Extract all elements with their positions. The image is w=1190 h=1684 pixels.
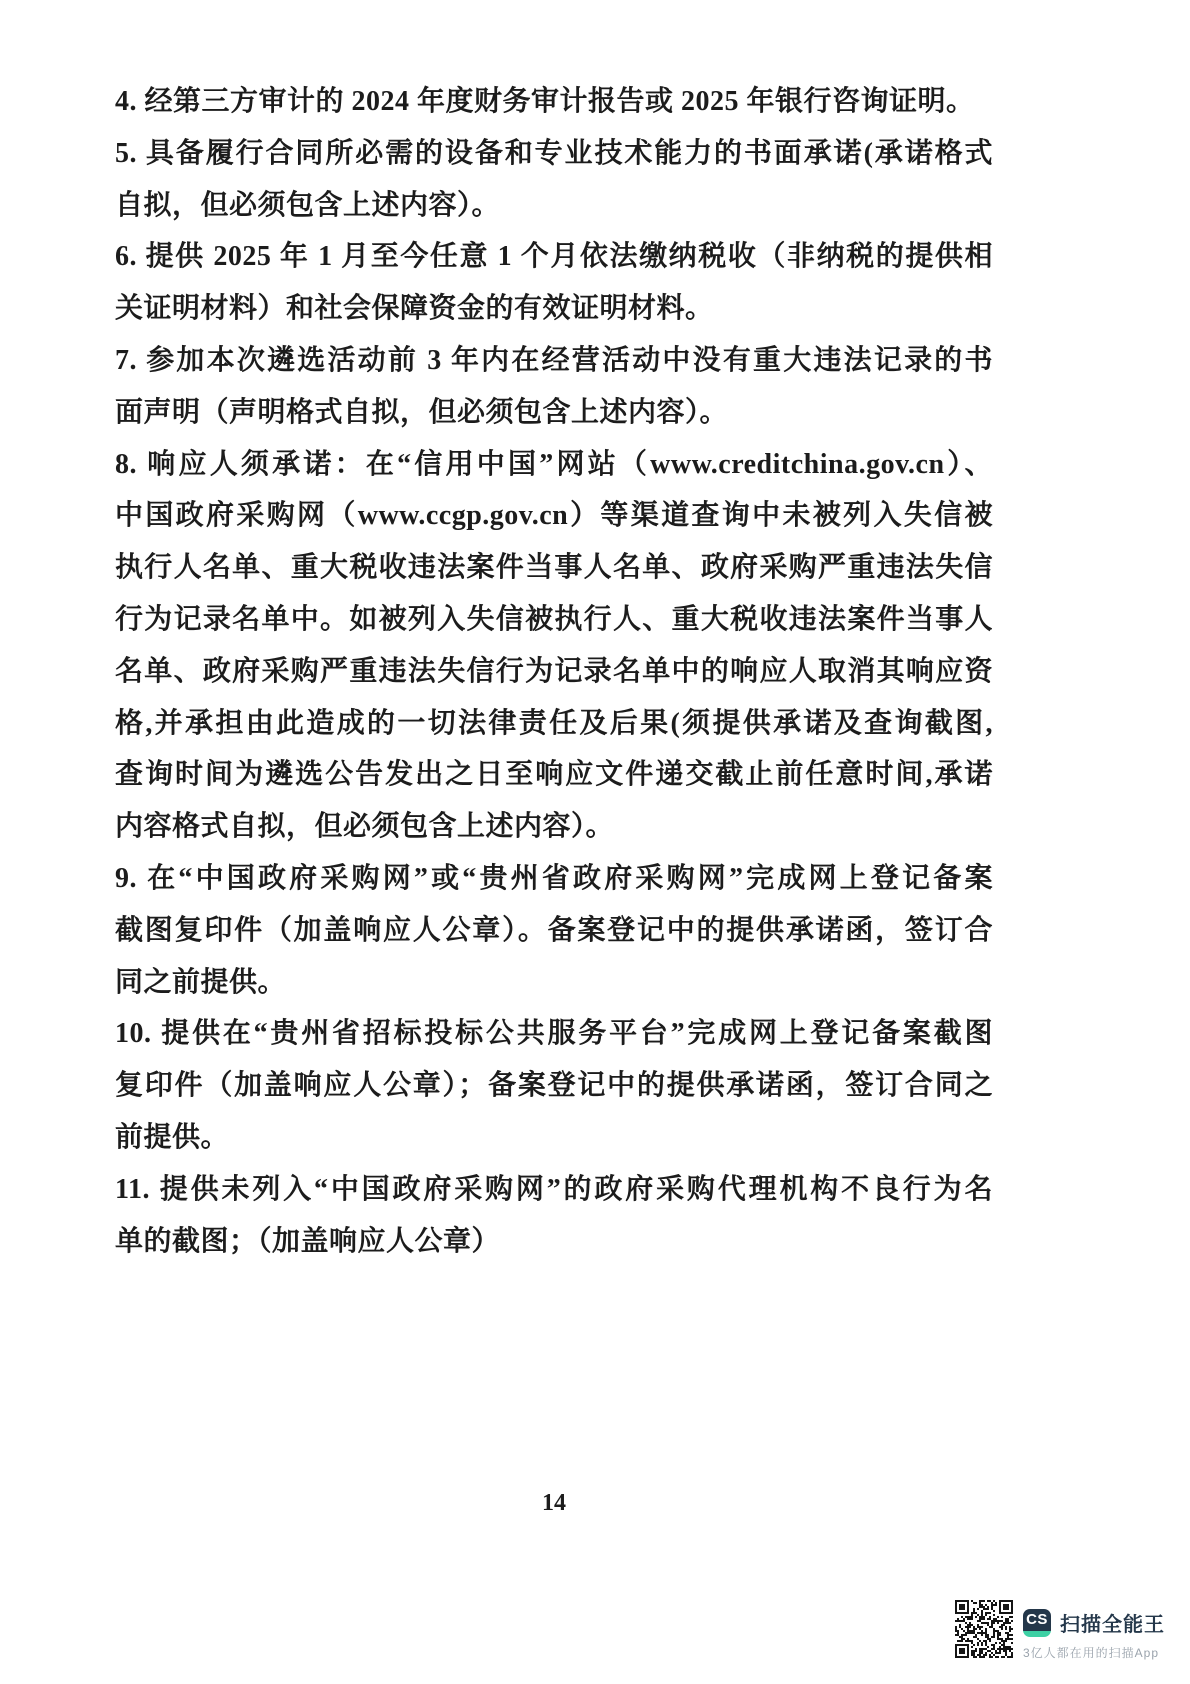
text-line: 格,并承担由此造成的一切法律责任及后果(须提供承诺及查询截图, bbox=[115, 698, 993, 750]
text-line: 截图复印件（加盖响应人公章）。备案登记中的提供承诺函，签订合 bbox=[115, 905, 993, 957]
camscanner-logo-strip bbox=[1023, 1631, 1051, 1637]
text-line: 查询时间为遴选公告发出之日至响应文件递交截止前任意时间,承诺 bbox=[115, 749, 993, 801]
page-number: 14 bbox=[115, 1490, 993, 1517]
text-line: 6. 提供 2025 年 1 月至今任意 1 个月依法缴纳税收（非纳税的提供相 bbox=[115, 231, 993, 283]
text-line: 11. 提供未列入“中国政府采购网”的政府采购代理机构不良行为名 bbox=[115, 1164, 993, 1216]
text-line: 面声明（声明格式自拟，但必须包含上述内容）。 bbox=[115, 387, 993, 439]
watermark-tagline: 3亿人都在用的扫描App bbox=[1023, 1644, 1165, 1661]
watermark-app-name: 扫描全能王 bbox=[1060, 1608, 1165, 1637]
camscanner-watermark: CS 扫描全能王 3亿人都在用的扫描App bbox=[955, 1600, 1165, 1661]
qr-code-icon bbox=[955, 1600, 1013, 1658]
document-body: 4. 经第三方审计的 2024 年度财务审计报告或 2025 年银行咨询证明。5… bbox=[115, 76, 993, 1267]
scanned-document-page: 4. 经第三方审计的 2024 年度财务审计报告或 2025 年银行咨询证明。5… bbox=[0, 0, 1190, 1684]
text-line: 9. 在“中国政府采购网”或“贵州省政府采购网”完成网上登记备案 bbox=[115, 853, 993, 905]
camscanner-logo-icon: CS bbox=[1023, 1609, 1051, 1637]
text-line: 5. 具备履行合同所必需的设备和专业技术能力的书面承诺(承诺格式 bbox=[115, 128, 993, 180]
text-line: 中国政府采购网（www.ccgp.gov.cn）等渠道查询中未被列入失信被 bbox=[115, 490, 993, 542]
text-line: 同之前提供。 bbox=[115, 957, 993, 1009]
text-line: 7. 参加本次遴选活动前 3 年内在经营活动中没有重大违法记录的书 bbox=[115, 335, 993, 387]
text-line: 关证明材料）和社会保障资金的有效证明材料。 bbox=[115, 283, 993, 335]
text-line: 行为记录名单中。如被列入失信被执行人、重大税收违法案件当事人 bbox=[115, 594, 993, 646]
text-line: 复印件（加盖响应人公章）；备案登记中的提供承诺函，签订合同之 bbox=[115, 1060, 993, 1112]
text-line: 自拟，但必须包含上述内容）。 bbox=[115, 180, 993, 232]
text-line: 名单、政府采购严重违法失信行为记录名单中的响应人取消其响应资 bbox=[115, 646, 993, 698]
text-line: 8. 响应人须承诺：在“信用中国”网站（www.creditchina.gov.… bbox=[115, 439, 993, 491]
text-line: 单的截图；（加盖响应人公章） bbox=[115, 1216, 993, 1268]
text-line: 前提供。 bbox=[115, 1112, 993, 1164]
text-line: 10. 提供在“贵州省招标投标公共服务平台”完成网上登记备案截图 bbox=[115, 1008, 993, 1060]
text-line: 内容格式自拟，但必须包含上述内容）。 bbox=[115, 801, 993, 853]
text-line: 执行人名单、重大税收违法案件当事人名单、政府采购严重违法失信 bbox=[115, 542, 993, 594]
text-line: 4. 经第三方审计的 2024 年度财务审计报告或 2025 年银行咨询证明。 bbox=[115, 76, 993, 128]
watermark-text-block: CS 扫描全能王 3亿人都在用的扫描App bbox=[1023, 1600, 1165, 1661]
camscanner-logo-label: CS bbox=[1023, 1609, 1051, 1631]
